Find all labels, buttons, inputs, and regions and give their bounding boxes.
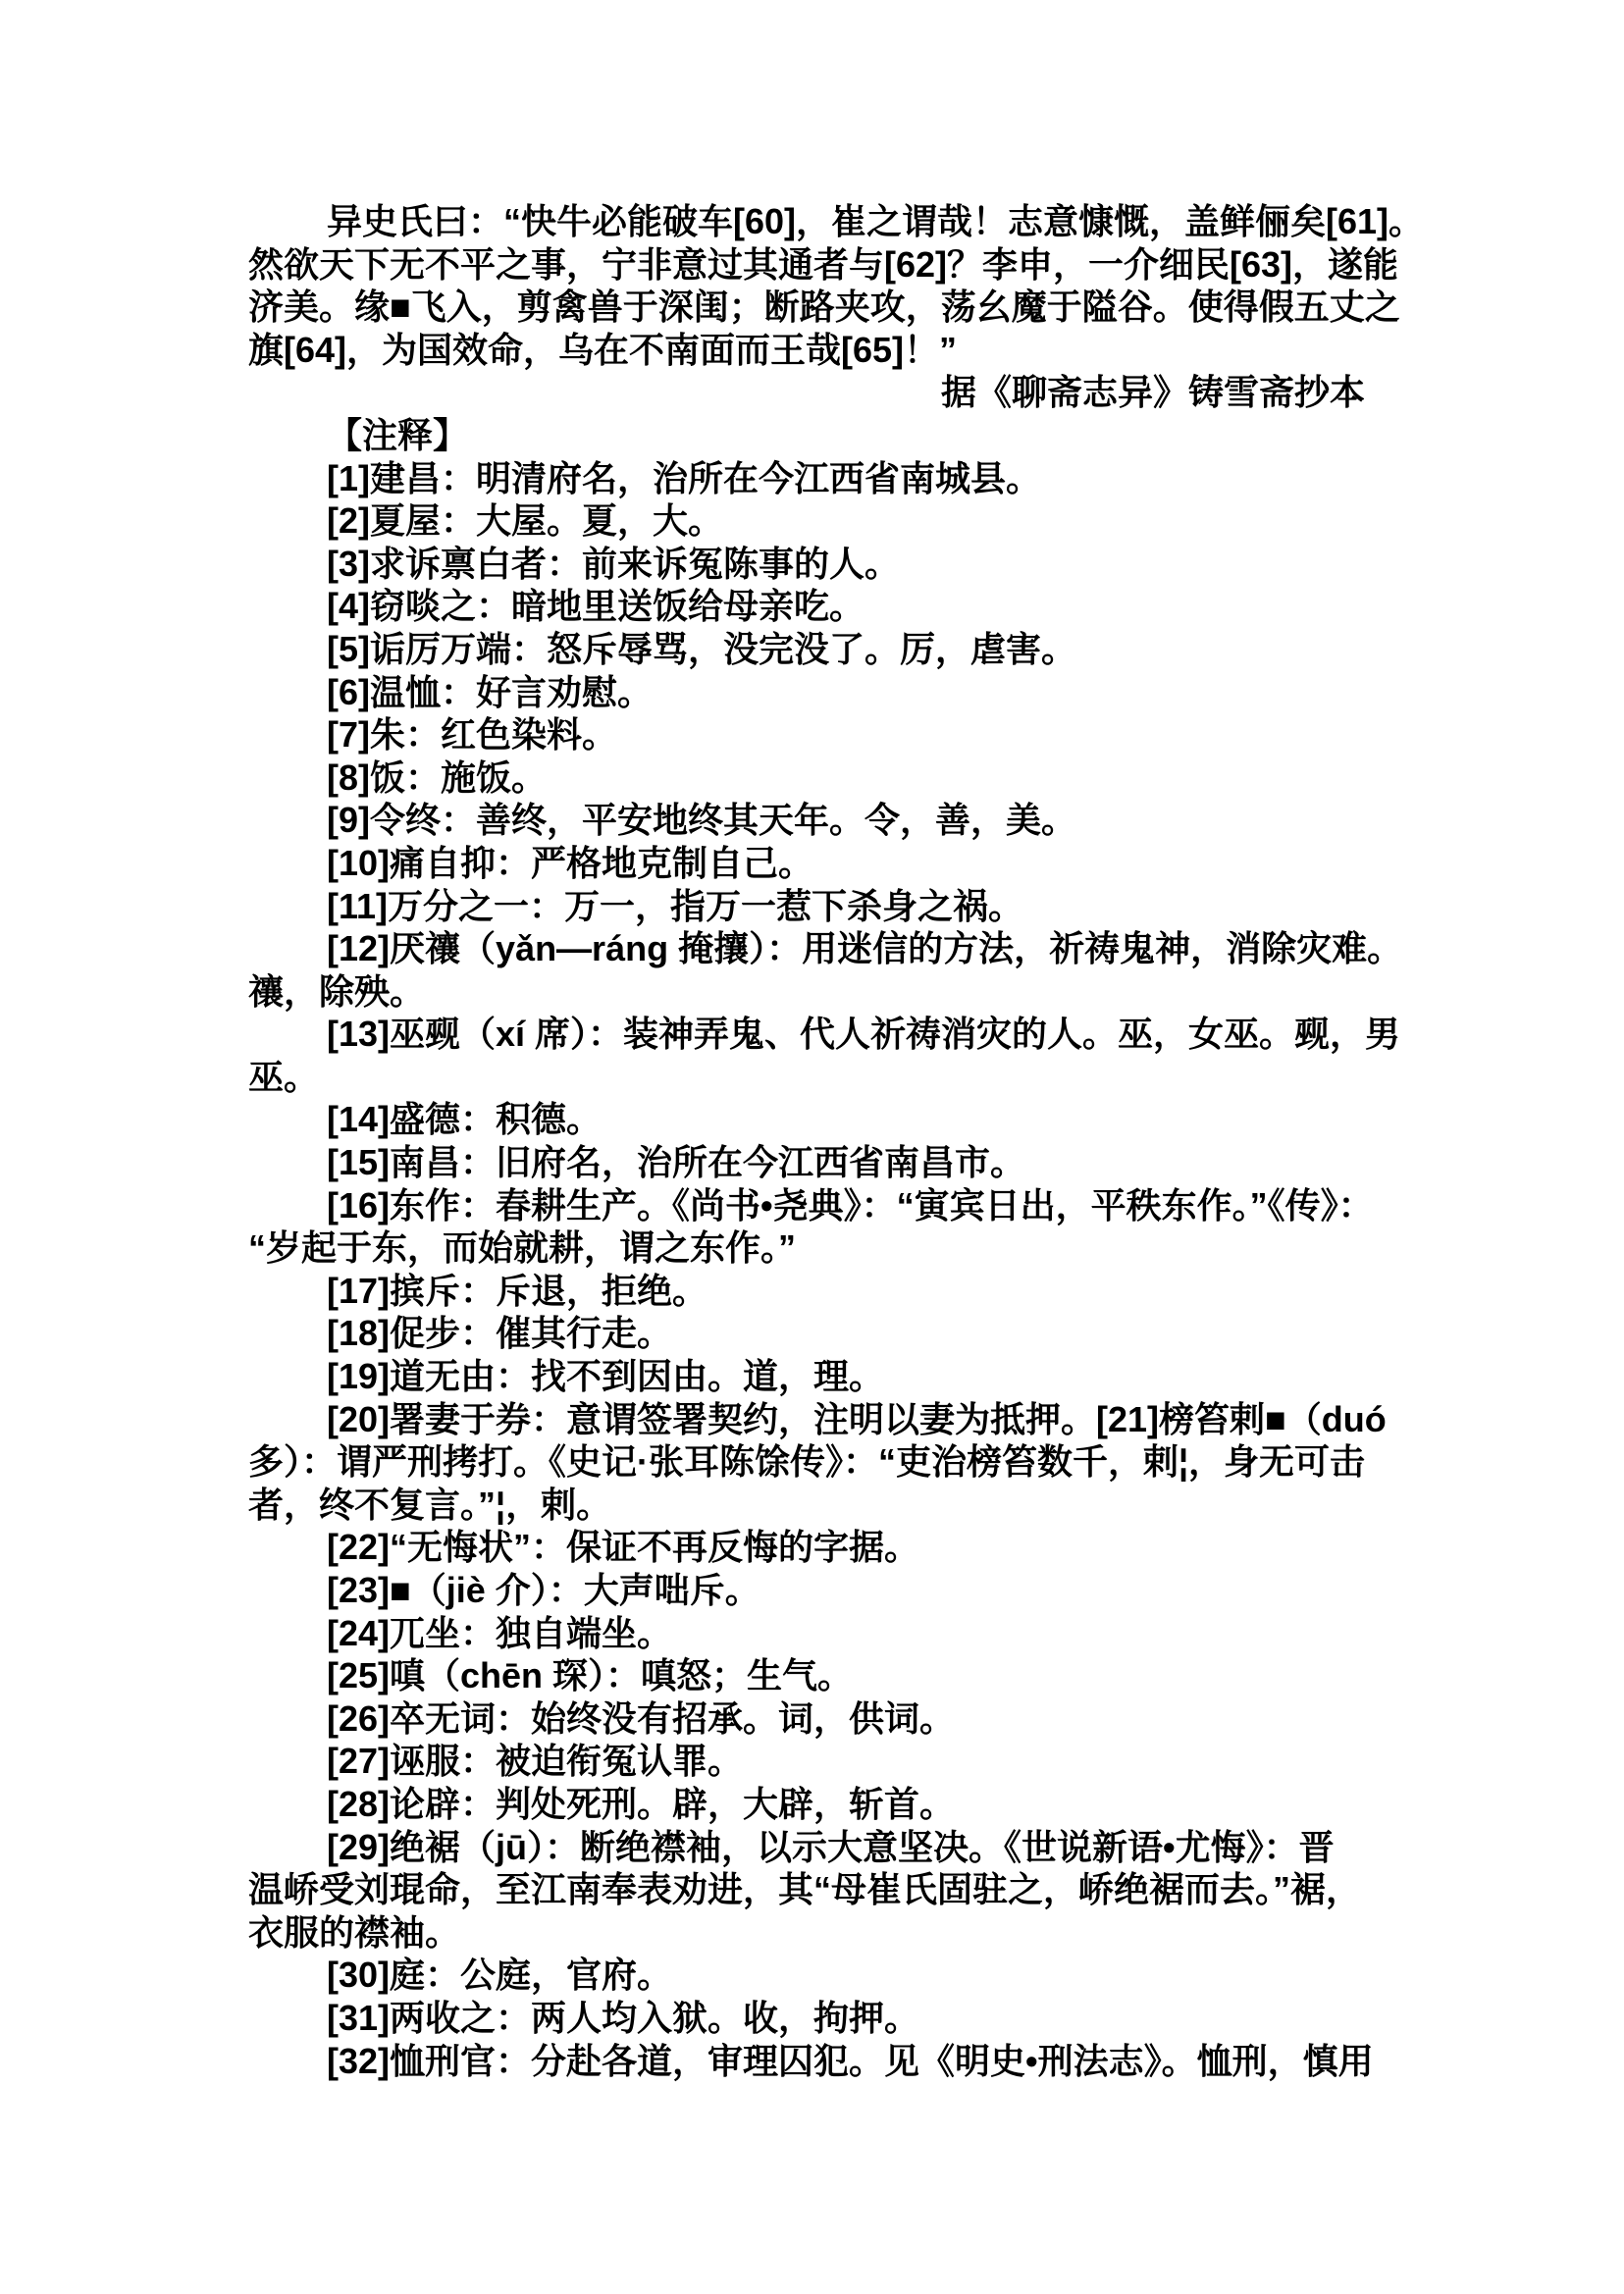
attribution-line: 据《聊斋志异》铸雪斋抄本: [248, 371, 1379, 414]
annotation-line: [27]诬服：被迫衔冤认罪。: [248, 1740, 1379, 1783]
annotation-line: [2]夏屋：大屋。夏，大。: [248, 499, 1379, 543]
annotation-line: [24]兀坐：独自端坐。: [248, 1612, 1379, 1655]
document-page: 异史氏曰：“快牛必能破车[60]，崔之谓哉！志意慷慨，盖鲜俪矣[61]。然欲天下…: [0, 0, 1624, 2294]
annotation-line: [4]窃啖之：暗地里送饭给母亲吃。: [248, 585, 1379, 628]
annotation-line: [26]卒无词：始终没有招承。词，供词。: [248, 1697, 1379, 1741]
annotation-line: 多）：谓严刑拷打。《史记·张耳陈馀传》：“吏治榜笞数千，剌¦，身无可击: [248, 1440, 1379, 1484]
annotations-heading: 【注释】: [248, 414, 1379, 457]
annotation-line: [23]■（jiè 介）：大声咄斥。: [248, 1569, 1379, 1612]
paragraph-line: 旗[64]，为国效命，乌在不南面而王哉[65]！”: [248, 329, 1379, 372]
annotation-line: [14]盛德：积德。: [248, 1098, 1379, 1141]
annotation-line: [7]朱：红色染料。: [248, 713, 1379, 756]
annotation-line: [16]东作：春耕生产。《尚书•尧典》：“寅宾日出，平秩东作。”《传》：: [248, 1184, 1379, 1227]
annotation-line: [30]庭：公庭，官府。: [248, 1954, 1379, 1997]
annotation-line: 者，终不复言。”¦，剌。: [248, 1484, 1379, 1527]
annotation-line: [8]饭：施饭。: [248, 756, 1379, 800]
annotation-line: [10]痛自抑：严格地克制自己。: [248, 842, 1379, 885]
annotation-line: [3]求诉禀白者：前来诉冤陈事的人。: [248, 543, 1379, 586]
annotation-line: [11]万分之一：万一，指万一惹下杀身之祸。: [248, 885, 1379, 928]
paragraph-line: 异史氏曰：“快牛必能破车[60]，崔之谓哉！志意慷慨，盖鲜俪矣[61]。: [248, 200, 1379, 243]
annotation-line: [13]巫觋（xí 席）：装神弄鬼、代人祈祷消灾的人。巫，女巫。觋，男: [248, 1013, 1379, 1056]
text-column: 异史氏曰：“快牛必能破车[60]，崔之谓哉！志意慷慨，盖鲜俪矣[61]。然欲天下…: [248, 200, 1379, 2082]
annotation-line: 温峤受刘琨命，至江南奉表劝进，其“母崔氏固驻之，峤绝裾而去。”裾，: [248, 1868, 1379, 1911]
annotation-line: [32]恤刑官：分赴各道，审理囚犯。见《明史•刑法志》。恤刑，慎用: [248, 2040, 1379, 2083]
annotation-line: [22]“无悔状”：保证不再反悔的字据。: [248, 1526, 1379, 1569]
annotation-line: [15]南昌：旧府名，治所在今江西省南昌市。: [248, 1141, 1379, 1184]
annotation-line: [19]道无由：找不到因由。道，理。: [248, 1355, 1379, 1398]
annotation-line: [20]署妻于券：意谓签署契约，注明以妻为抵押。[21]榜笞剌■（duó: [248, 1398, 1379, 1441]
paragraph-line: 济美。缘■飞入，剪禽兽于深闺；断路夹攻，荡幺魔于隘谷。使得假五丈之: [248, 286, 1379, 329]
annotation-line: [9]令终：善终，平安地终其天年。令，善，美。: [248, 799, 1379, 842]
paragraph-line: 然欲天下无不平之事，宁非意过其通者与[62]？李申，一介细民[63]，遂能: [248, 243, 1379, 287]
annotation-line: 衣服的襟袖。: [248, 1911, 1379, 1955]
annotation-line: [29]绝裾（jū）：断绝襟袖，以示大意坚决。《世说新语•尤悔》：晋: [248, 1826, 1379, 1869]
annotation-line: 禳，除殃。: [248, 970, 1379, 1014]
annotation-line: [18]促步：催其行走。: [248, 1312, 1379, 1355]
annotation-line: [31]两收之：两人均入狱。收，拘押。: [248, 1997, 1379, 2040]
annotation-line: [1]建昌：明清府名，治所在今江西省南城县。: [248, 457, 1379, 500]
annotation-line: 巫。: [248, 1056, 1379, 1099]
annotation-line: [5]诟厉万端：怒斥辱骂，没完没了。厉，虐害。: [248, 628, 1379, 671]
annotation-line: [6]温恤：好言劝慰。: [248, 671, 1379, 714]
annotation-line: [17]摈斥：斥退，拒绝。: [248, 1270, 1379, 1313]
annotation-line: [28]论辟：判处死刑。辟，大辟，斩首。: [248, 1783, 1379, 1826]
annotation-line: “岁起于东，而始就耕，谓之东作。”: [248, 1226, 1379, 1270]
annotation-line: [25]嗔（chēn 琛）：嗔怒；生气。: [248, 1654, 1379, 1697]
annotation-line: [12]厌禳（yǎn—ráng 掩攘）：用迷信的方法，祈祷鬼神，消除灾难。: [248, 927, 1379, 970]
